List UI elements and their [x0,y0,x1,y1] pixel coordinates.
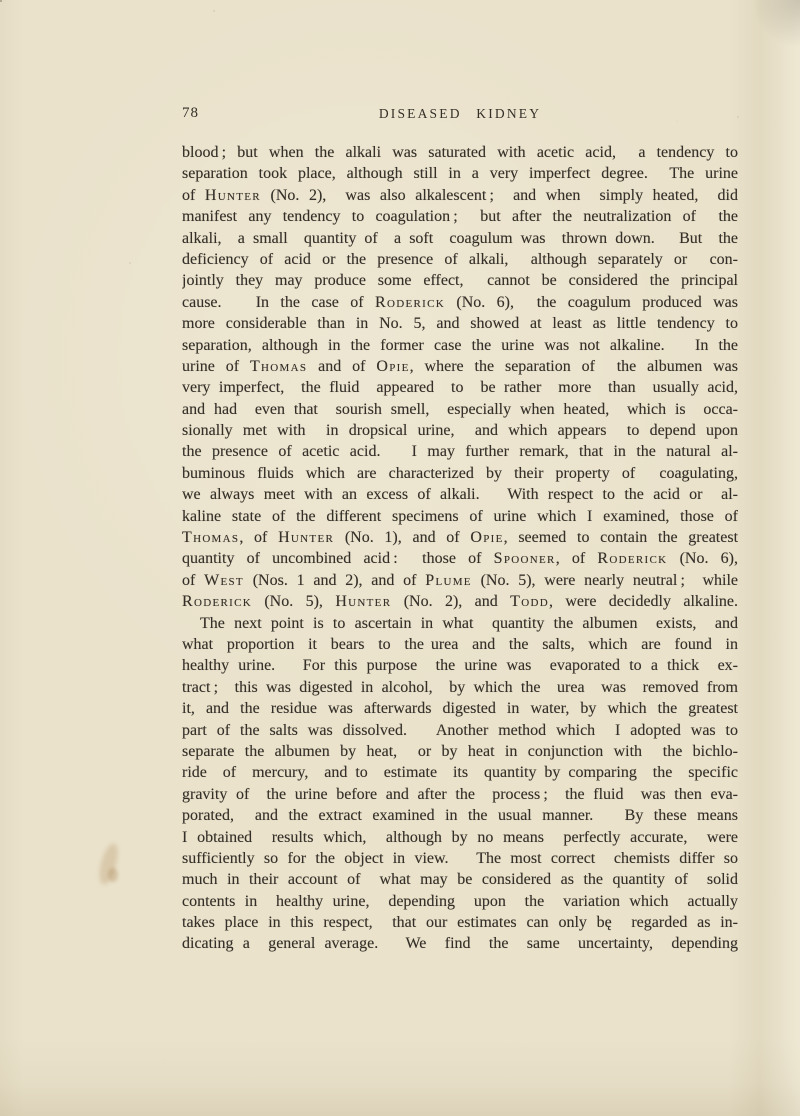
text-segment: , of [556,550,598,567]
text-segment: what proportion it bears to the urea and… [182,636,738,653]
text-segment: (No. 1), and of [334,529,470,546]
text-line: deficiency of acid or the presence of al… [182,249,738,270]
text-line: separate the albumen by heat, or by heat… [182,741,738,762]
text-segment: (No. 5), [252,593,335,610]
text-line: very imperfect, the fluid appeared to be… [182,377,738,398]
text-line: porated, and the extract examined in the… [182,805,738,826]
text-line: much in their account of what may be con… [182,869,738,890]
text-line: contents in healthy urine, depending upo… [182,891,738,912]
text-segment: cause. In the case of [182,294,375,311]
paper-stain-small [108,868,118,882]
text-segment: more considerable than in No. 5, and sho… [182,315,738,332]
text-line: the presence of acetic acid. I may furth… [182,441,738,462]
text-segment: contents in healthy urine, depending upo… [182,893,738,910]
text-segment: separate the albumen by heat, or by heat… [182,743,738,760]
text-line: The next point is to ascertain in what q… [182,613,738,634]
text-line: separation took place, although still in… [182,163,738,184]
text-segment: we always meet with an excess of alkali.… [182,486,738,503]
text-line: cause. In the case of Roderick (No. 6), … [182,292,738,313]
text-segment: kaline state of the different specimens … [182,508,738,525]
text-segment: gravity of the urine before and after th… [182,786,738,803]
text-line: dicating a general average. We find the … [182,933,738,954]
text-segment: dicating a general average. We find the … [182,935,738,952]
text-segment: separation took place, although still in… [182,165,738,182]
smallcaps-name: Opie [470,529,503,546]
text-segment: ride of mercury, and to estimate its qua… [182,764,738,781]
text-line: manifest any tendency to coagulation ; b… [182,206,738,227]
text-segment: very imperfect, the fluid appeared to be… [182,379,738,396]
text-line: ride of mercury, and to estimate its qua… [182,762,738,783]
text-line: and had even that sourish smell, especia… [182,399,738,420]
text-line: urine of Thomas and of Opie, where the s… [182,356,738,377]
text-segment: of [182,572,204,589]
text-segment: takes place in this respect, that our es… [182,914,738,931]
smallcaps-name: Plume [425,572,472,589]
text-segment: The next point is to ascertain in what q… [200,615,738,632]
text-segment: tract ; this was digested in alcohol, by… [182,679,738,696]
smallcaps-name: Spooner [494,550,556,567]
smallcaps-name: Hunter [278,529,334,546]
smallcaps-name: Roderick [182,593,252,610]
text-line: of Hunter (No. 2), was also alkalescent … [182,185,738,206]
text-line: quantity of uncombined acid : those of S… [182,548,738,569]
text-line: we always meet with an excess of alkali.… [182,484,738,505]
text-segment: I obtained results which, although by no… [182,829,738,846]
text-segment: quantity of uncombined acid : those of [182,550,494,567]
smallcaps-name: Todd [510,593,549,610]
book-page: 78 DISEASED KIDNEY blood ; but when the … [0,0,800,1116]
page-header: 78 DISEASED KIDNEY [182,105,738,125]
text-segment: (No. 5), were nearly neutral ; while [472,572,738,589]
text-segment: separation, although in the former case … [182,337,738,354]
smallcaps-name: Hunter [205,187,261,204]
text-segment: manifest any tendency to coagulation ; b… [182,208,738,225]
text-segment: (No. 6), the coagulum produced was [445,294,738,311]
text-segment: part of the salts was dissolved. Another… [182,722,738,739]
text-segment: (No. 2), was also alkalescent ; and when… [261,187,738,204]
text-line: blood ; but when the alkali was saturate… [182,142,738,163]
text-line: part of the salts was dissolved. Another… [182,720,738,741]
text-line: jointly they may produce some effect, ca… [182,270,738,291]
smallcaps-name: West [204,572,244,589]
text-line: gravity of the urine before and after th… [182,784,738,805]
text-segment: it, and the residue was afterwards diges… [182,700,738,717]
text-segment: , were decidedly alkaline. [549,593,738,610]
text-segment: of [182,187,205,204]
text-segment: the presence of acetic acid. I may furth… [182,443,738,460]
text-segment: and of [307,358,376,375]
text-line: tract ; this was digested in alcohol, by… [182,677,738,698]
text-line: alkali, a small quantity of a soft coagu… [182,228,738,249]
text-line: it, and the residue was afterwards diges… [182,698,738,719]
text-line: separation, although in the former case … [182,335,738,356]
smallcaps-name: Roderick [597,550,667,567]
text-segment: , of [239,529,278,546]
text-segment: alkali, a small quantity of a soft coagu… [182,230,738,247]
text-line: of West (Nos. 1 and 2), and of Plume (No… [182,570,738,591]
text-segment: and had even that sourish smell, especia… [182,401,738,418]
text-segment: (Nos. 1 and 2), and of [244,572,425,589]
smallcaps-name: Opie [376,358,409,375]
text-segment: healthy urine. For this purpose the urin… [182,657,738,674]
text-line: Thomas, of Hunter (No. 1), and of Opie, … [182,527,738,548]
text-segment: porated, and the extract examined in the… [182,807,738,824]
text-line: sionally met with in dropsical urine, an… [182,420,738,441]
smallcaps-name: Hunter [335,593,391,610]
smallcaps-name: Thomas [182,529,239,546]
text-segment: buminous fluids which are characterized … [182,465,738,482]
text-segment: , where the separation of the albumen wa… [410,358,738,375]
text-line: healthy urine. For this purpose the urin… [182,655,738,676]
text-line: Roderick (No. 5), Hunter (No. 2), and To… [182,591,738,612]
text-segment: sionally met with in dropsical urine, an… [182,422,738,439]
text-segment: jointly they may produce some effect, ca… [182,272,738,289]
text-line: kaline state of the different specimens … [182,506,738,527]
text-segment: , seemed to contain the greatest [504,529,738,546]
running-head: DISEASED KIDNEY [182,106,738,122]
text-line: sufficiently so for the object in view. … [182,848,738,869]
text-segment: blood ; but when the alkali was saturate… [182,144,738,161]
smallcaps-name: Roderick [375,294,445,311]
text-line: what proportion it bears to the urea and… [182,634,738,655]
text-segment: much in their account of what may be con… [182,871,738,888]
text-line: takes place in this respect, that our es… [182,912,738,933]
text-segment: urine of [182,358,250,375]
text-segment: (No. 6), [667,550,738,567]
text-line: I obtained results which, although by no… [182,827,738,848]
text-line: buminous fluids which are characterized … [182,463,738,484]
text-line: more considerable than in No. 5, and sho… [182,313,738,334]
text-segment: (No. 2), and [391,593,510,610]
smallcaps-name: Thomas [250,358,307,375]
text-segment: deficiency of acid or the presence of al… [182,251,738,268]
body-text: blood ; but when the alkali was saturate… [182,142,738,955]
paper-specks [0,0,2,2]
text-segment: sufficiently so for the object in view. … [182,850,738,867]
